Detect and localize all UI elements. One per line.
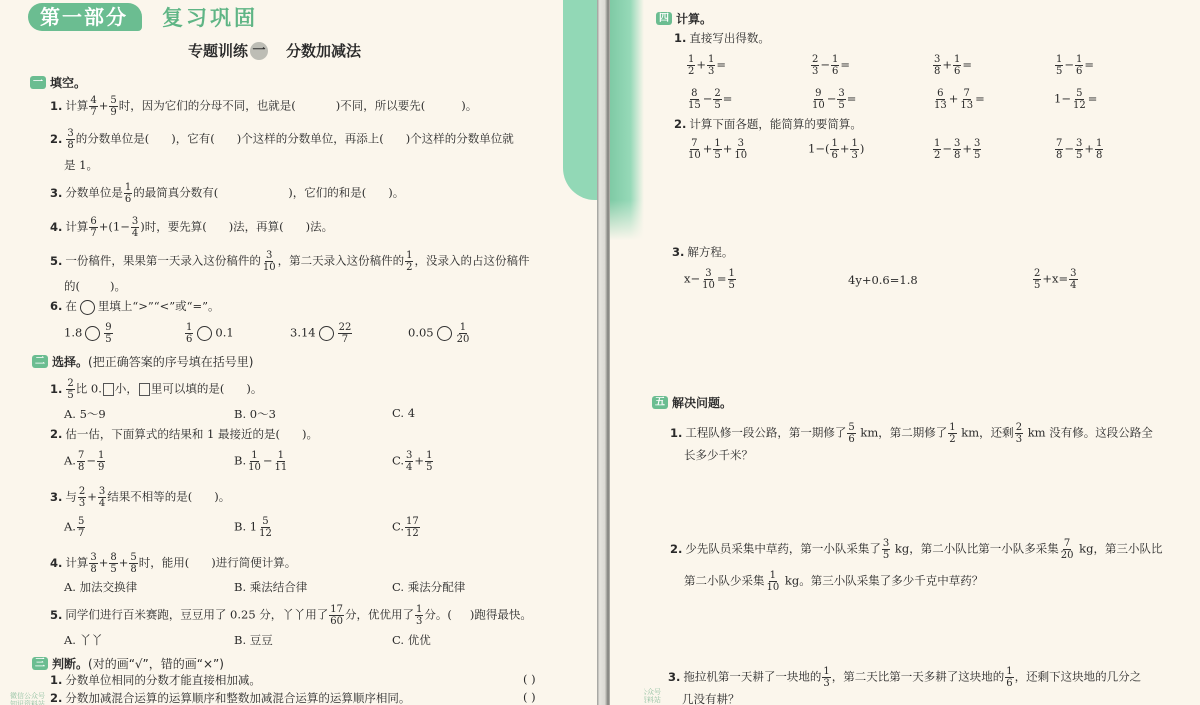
text: 估一估，下面算式的结果和 1 最接近的是( <box>65 427 280 441</box>
question-1-5-cont: 的()。 <box>64 278 126 294</box>
option-c[interactable]: C.1712 <box>392 516 421 539</box>
question-number: 3. <box>668 670 680 684</box>
text: 分数加减混合运算的运算顺序和整数加减混合运算的运算顺序相同。 <box>65 691 410 705</box>
denominator: 20 <box>456 334 471 345</box>
denominator: 6 <box>1005 678 1013 689</box>
operator: + <box>87 490 97 504</box>
denominator: 8 <box>933 66 941 77</box>
section-fill-blank: 一 填空。 <box>30 74 86 91</box>
denominator: 8 <box>953 150 961 161</box>
question-number: 1. <box>50 673 62 687</box>
denominator: 5 <box>713 150 721 161</box>
text: ，没录入的占这份稿件 <box>414 254 529 268</box>
numerator: 1 <box>850 138 858 150</box>
denominator: 10 <box>811 100 826 111</box>
text: +(1− <box>99 220 130 234</box>
fraction: 12 <box>687 54 695 77</box>
numerator: 1 <box>831 54 839 66</box>
question-number: 3. <box>672 245 684 259</box>
text: )。 <box>110 279 126 293</box>
fraction: 47 <box>89 95 97 118</box>
fraction: 110 <box>247 450 262 473</box>
fraction: 67 <box>89 216 97 239</box>
fraction: 95 <box>104 322 112 345</box>
numerator: 3 <box>131 216 139 228</box>
numerator: 1 <box>769 570 777 582</box>
fraction: 12 <box>405 250 413 273</box>
fraction: 23 <box>811 54 819 77</box>
question-1-5: 5.一份稿件，果果第一天录入这份稿件的310，第二天录入这份稿件的12，没录入的… <box>50 250 529 273</box>
numerator: 1 <box>459 322 467 334</box>
fraction: 35 <box>1075 138 1083 161</box>
operator: − <box>827 92 837 106</box>
left-page: 第一部分 复习巩固 专题训练 一 分数加减法 一 填空。 1.计算47+59时，… <box>0 0 597 705</box>
text: km，第二期修了 <box>857 426 948 440</box>
fraction: 78 <box>1055 138 1063 161</box>
option-label: B. <box>234 454 246 468</box>
denominator: 8 <box>77 462 85 473</box>
denominator: 20 <box>1060 550 1075 561</box>
fraction: 34 <box>405 450 413 473</box>
denominator: 2 <box>933 150 941 161</box>
numerator: 8 <box>109 552 117 564</box>
question-4-1: 1.直接写出得数。 <box>674 30 770 46</box>
text: kg。第三小队采集了多少千克中草药？ <box>781 574 983 588</box>
option-b[interactable]: B. 乘法结合律 <box>234 579 307 595</box>
denominator: 5 <box>713 100 721 111</box>
denominator: 3 <box>415 616 423 627</box>
fraction: 15 <box>728 268 736 291</box>
numerator: 5 <box>129 552 137 564</box>
section-badge: 三 <box>32 657 48 670</box>
equals: = <box>847 92 857 106</box>
text: ，还剩下这块地的几分之 <box>1015 670 1142 684</box>
fraction: 13 <box>822 666 830 689</box>
text: 分，优优用了 <box>345 608 414 622</box>
numerator: 3 <box>66 128 74 140</box>
fraction: 15 <box>713 138 721 161</box>
question-number: 6. <box>50 299 62 313</box>
fraction: 15 <box>1055 54 1063 77</box>
operator: + <box>414 454 424 468</box>
text: )。 <box>214 490 230 504</box>
denominator: 5 <box>837 100 845 111</box>
problem-2: 2.少先队员采集中草药，第一小队采集了35 kg，第二小队比第一小队多采集720… <box>670 538 1162 561</box>
fraction: 38 <box>66 128 74 151</box>
numerator: 2 <box>66 378 74 390</box>
fraction: 16 <box>830 138 838 161</box>
equals: = <box>1084 58 1094 72</box>
numerator: 6 <box>936 88 944 100</box>
section-note: (把正确答案的序号填在括号里) <box>88 353 253 370</box>
compare-circle[interactable] <box>197 326 212 341</box>
denominator: 4 <box>405 462 413 473</box>
value: 1.8 <box>64 326 82 340</box>
equation-2: 4y+0.6=1.8 <box>848 273 918 287</box>
question-number: 4. <box>50 220 62 234</box>
option-label: B. 1 <box>234 520 257 534</box>
topic-number: 一 <box>250 42 268 60</box>
numerator: 1 <box>1055 54 1063 66</box>
question-1-1: 1.计算47+59时，因为它们的分母不同，也就是()不同，所以要先()。 <box>50 95 477 118</box>
text: 的分数单位是( <box>76 132 150 146</box>
question-2-1: 1.25比 0.小，里可以填的是()。 <box>50 378 262 401</box>
fraction: 910 <box>811 88 826 111</box>
text: 分。( <box>424 608 452 622</box>
denominator: 5 <box>425 462 433 473</box>
section-problems: 五 解决问题。 <box>652 394 732 411</box>
question-number: 1. <box>50 382 62 396</box>
calc-item: 910−35= <box>810 88 856 111</box>
fraction: 13 <box>707 54 715 77</box>
denominator: 10 <box>262 262 277 273</box>
numerator: 7 <box>77 450 85 462</box>
fraction: 713 <box>959 88 974 111</box>
part-label: 第一部分 <box>28 3 142 31</box>
text: 时，因为它们的分母不同，也就是( <box>119 99 296 113</box>
fraction: 78 <box>77 450 85 473</box>
section-title: 计算。 <box>676 10 712 27</box>
fraction: 38 <box>953 138 961 161</box>
judge-answer-1[interactable]: ( ) <box>523 672 536 686</box>
section-badge: 二 <box>32 355 48 368</box>
numerator: 5 <box>109 95 117 107</box>
calc-item: 12+13= <box>686 54 726 77</box>
text: 少先队员采集中草药，第一小队采集了 <box>685 542 881 556</box>
denominator: 7 <box>89 107 97 118</box>
denominator: 10 <box>766 582 781 593</box>
green-strip-decoration <box>610 0 644 705</box>
numerator: 7 <box>1055 138 1063 150</box>
operator: − <box>1064 58 1074 72</box>
fraction: 38 <box>89 552 97 575</box>
fraction: 35 <box>882 538 890 561</box>
denominator: 6 <box>847 434 855 445</box>
judge-item-1: 1.分数单位相同的分数才能直接相加减。 <box>50 672 261 688</box>
denominator: 3 <box>1015 434 1023 445</box>
numerator: 1 <box>948 422 956 434</box>
compare-circle[interactable] <box>319 326 334 341</box>
denominator: 4 <box>131 228 139 239</box>
denominator: 3 <box>811 66 819 77</box>
value: 0.05 <box>408 326 434 340</box>
denominator: 2 <box>405 262 413 273</box>
option-c[interactable]: C. 4 <box>392 406 415 420</box>
denominator: 6 <box>1075 66 1083 77</box>
problem-1: 1.工程队修一段公路，第一期修了56 km，第二期修了12 km，还剩23 km… <box>670 422 1153 445</box>
operator: − <box>942 142 952 156</box>
equals: = <box>840 58 850 72</box>
equals: = <box>962 58 972 72</box>
book-gutter <box>597 0 610 705</box>
option-c[interactable]: C. 乘法分配律 <box>392 579 465 595</box>
section-title: 判断。 <box>52 655 88 672</box>
denominator: 8 <box>129 564 137 575</box>
question-number: 2. <box>674 117 686 131</box>
right-page: 四 计算。 1.直接写出得数。 12+13= 23−16= 38+16= 15−… <box>610 0 1200 705</box>
numerator: 1 <box>415 604 423 616</box>
prefix: x− <box>684 272 700 286</box>
denominator: 12 <box>1072 100 1087 111</box>
denominator: 10 <box>247 462 262 473</box>
denominator: 3 <box>707 66 715 77</box>
numerator: 22 <box>338 322 353 334</box>
section-badge: 五 <box>652 396 668 409</box>
option-a[interactable]: A. 丫丫 <box>64 632 103 648</box>
text: 在 <box>65 299 77 313</box>
question-number: 1. <box>50 99 62 113</box>
square-blank-icon <box>103 383 114 396</box>
section-title: 解决问题。 <box>672 394 732 411</box>
option-a[interactable]: A. 加法交换律 <box>64 579 137 595</box>
fraction: 16 <box>831 54 839 77</box>
text: 一份稿件，果果第一天录入这份稿件的 <box>65 254 261 268</box>
fraction: 110 <box>766 570 781 593</box>
fraction: 57 <box>77 516 85 539</box>
numerator: 8 <box>690 88 698 100</box>
numerator: 1 <box>687 54 695 66</box>
denominator: 5 <box>1075 150 1083 161</box>
section-title: 填空。 <box>50 74 86 91</box>
text: 计算 <box>65 220 88 234</box>
operator: − <box>820 58 830 72</box>
question-1-3: 3.分数单位是16的最简真分数有()，它们的和是()。 <box>50 182 404 205</box>
question-number: 3. <box>50 490 62 504</box>
text: ，第二天录入这份稿件的 <box>278 254 405 268</box>
fraction: 13 <box>415 604 423 627</box>
watermark-line: 知识资料站 <box>10 700 45 705</box>
numerator: 5 <box>847 422 855 434</box>
text: 时，能用( <box>139 556 190 570</box>
text: )，它们的和是( <box>288 186 366 200</box>
fraction: 35 <box>837 88 845 111</box>
denominator: 10 <box>687 150 702 161</box>
operator: +x= <box>1042 272 1068 286</box>
compare-circle[interactable] <box>437 326 452 341</box>
calc-item: 23−16= <box>810 54 850 77</box>
numerator: 6 <box>89 216 97 228</box>
fraction: 23 <box>1015 422 1023 445</box>
numerator: 7 <box>1063 538 1071 550</box>
fraction: 310 <box>701 268 716 291</box>
option-b[interactable]: B.110−111 <box>234 450 289 473</box>
denominator: 6 <box>124 194 132 205</box>
text: )。 <box>246 382 262 396</box>
simplify-item: 12−38+35 <box>932 138 982 161</box>
denominator: 11 <box>273 462 288 473</box>
fraction: 56 <box>847 422 855 445</box>
text: 工程队修一段公路，第一期修了 <box>685 426 846 440</box>
numerator: 1 <box>425 450 433 462</box>
numerator: 5 <box>261 516 269 528</box>
text: 解方程。 <box>687 245 733 259</box>
numerator: 17 <box>405 516 420 528</box>
denominator: 3 <box>822 678 830 689</box>
compare-item-3: 3.14227 <box>290 322 353 345</box>
numerator: 1 <box>1075 54 1083 66</box>
fraction: 34 <box>1069 268 1077 291</box>
question-number: 5. <box>50 608 62 622</box>
denominator: 15 <box>687 100 702 111</box>
text: km，还剩 <box>958 426 1014 440</box>
numerator: 17 <box>329 604 344 616</box>
fraction: 815 <box>687 88 702 111</box>
numerator: 2 <box>1033 268 1041 280</box>
compare-circle[interactable] <box>85 326 100 341</box>
numerator: 1 <box>822 666 830 678</box>
text: 第二小队少采集 <box>684 574 765 588</box>
text: 分数单位相同的分数才能直接相加减。 <box>65 673 261 687</box>
fraction: 35 <box>973 138 981 161</box>
fraction: 310 <box>733 138 748 161</box>
numerator: 1 <box>707 54 715 66</box>
option-a[interactable]: A.78−19 <box>64 450 106 473</box>
denominator: 6 <box>185 334 193 345</box>
section-judge: 三 判断。 (对的画“√”，错的画“×”) <box>32 655 224 672</box>
fraction: 16 <box>1075 54 1083 77</box>
compare-item-4: 0.05120 <box>408 322 471 345</box>
question-4-3: 3.解方程。 <box>672 244 733 260</box>
option-label: C. <box>392 520 404 534</box>
fraction: 15 <box>425 450 433 473</box>
calc-item: 815−25= <box>686 88 732 111</box>
text: )。 <box>302 427 318 441</box>
text: )法。 <box>306 220 334 234</box>
option-a[interactable]: A. 5～9 <box>64 406 106 422</box>
denominator: 10 <box>701 280 716 291</box>
compare-item-2: 160.1 <box>184 322 234 345</box>
part-title: 复习巩固 <box>162 2 258 32</box>
question-4-2: 2.计算下面各题，能简算的要简算。 <box>674 116 862 132</box>
question-number: 5. <box>50 254 62 268</box>
text: km 没有修。这段公路全 <box>1024 426 1153 440</box>
question-number: 1. <box>670 426 682 440</box>
denominator: 12 <box>258 528 273 539</box>
section-note: (对的画“√”，错的画“×”) <box>88 655 224 672</box>
operator: + <box>1084 142 1094 156</box>
text: 的( <box>64 279 80 293</box>
denominator: 9 <box>97 462 105 473</box>
numerator: 3 <box>98 486 106 498</box>
numerator: 1 <box>405 250 413 262</box>
denominator: 10 <box>733 150 748 161</box>
numerator: 3 <box>704 268 712 280</box>
fraction: 12 <box>948 422 956 445</box>
text: )不同，所以要先( <box>336 99 425 113</box>
section-calculate: 四 计算。 <box>656 10 712 27</box>
fraction: 25 <box>713 88 721 111</box>
denominator: 7 <box>89 228 97 239</box>
denominator: 8 <box>1095 150 1103 161</box>
denominator: 2 <box>948 434 956 445</box>
equals: = <box>975 92 985 106</box>
operator: + <box>723 142 733 156</box>
text: 比 0. <box>76 382 102 396</box>
calc-item: 15−16= <box>1054 54 1094 77</box>
numerator: 1 <box>830 138 838 150</box>
numerator: 1 <box>97 450 105 462</box>
text: 同学们进行百米赛跑，豆豆用了 0.25 分，丫丫用了 <box>65 608 328 622</box>
fraction: 25 <box>66 378 74 401</box>
numerator: 3 <box>405 450 413 462</box>
numerator: 1 <box>713 138 721 150</box>
denominator: 5 <box>1055 66 1063 77</box>
denominator: 8 <box>89 564 97 575</box>
question-number: 2. <box>670 542 682 556</box>
equals: = <box>723 92 733 106</box>
numerator: 3 <box>1069 268 1077 280</box>
problem-1-cont: 长多少千米？ <box>684 447 753 463</box>
denominator: 7 <box>77 528 85 539</box>
numerator: 3 <box>933 54 941 66</box>
judge-answer-2[interactable]: ( ) <box>523 690 536 704</box>
numerator: 1 <box>277 450 285 462</box>
fraction: 120 <box>456 322 471 345</box>
denominator: 5 <box>973 150 981 161</box>
question-number: 2. <box>50 427 62 441</box>
option-c[interactable]: C. 优优 <box>392 632 431 648</box>
fraction: 613 <box>933 88 948 111</box>
fraction: 58 <box>129 552 137 575</box>
denominator: 4 <box>98 498 106 509</box>
fraction: 512 <box>258 516 273 539</box>
text: )。 <box>388 186 404 200</box>
question-2-5: 5.同学们进行百米赛跑，豆豆用了 0.25 分，丫丫用了1760分，优优用了13… <box>50 604 532 627</box>
numerator: 1 <box>1005 666 1013 678</box>
option-b[interactable]: B. 0～3 <box>234 406 276 422</box>
topic-title: 分数加减法 <box>286 40 361 61</box>
text: )进行简便计算。 <box>211 556 296 570</box>
option-b[interactable]: B. 豆豆 <box>234 632 273 648</box>
question-1-6: 6.在里填上“>”“<”或“=”。 <box>50 298 220 315</box>
part-banner: 第一部分 复习巩固 <box>28 2 258 32</box>
numerator: 5 <box>77 516 85 528</box>
question-number: 2. <box>50 132 62 146</box>
equals: = <box>1088 92 1098 106</box>
operator: + <box>942 58 952 72</box>
option-a[interactable]: A.57 <box>64 516 86 539</box>
option-b[interactable]: B. 1512 <box>234 516 274 539</box>
option-c[interactable]: C.34+15 <box>392 450 434 473</box>
denominator: 6 <box>953 66 961 77</box>
fraction: 111 <box>273 450 288 473</box>
text: )个这样的分数单位就 <box>406 132 514 146</box>
judge-item-2: 2.分数加减混合运算的运算顺序和整数加减混合运算的运算顺序相同。 <box>50 690 410 705</box>
text: 直接写出得数。 <box>689 31 770 45</box>
denominator: 13 <box>959 100 974 111</box>
operator: + <box>840 142 850 156</box>
square-blank-icon <box>139 383 150 396</box>
text: 里可以填的是( <box>151 382 225 396</box>
simplify-item: 710+15+310 <box>686 138 749 161</box>
numerator: 1 <box>185 322 193 334</box>
denominator: 7 <box>341 334 349 345</box>
denominator: 8 <box>66 140 74 151</box>
fraction: 38 <box>933 54 941 77</box>
operator: − <box>86 454 96 468</box>
denominator: 6 <box>830 150 838 161</box>
fraction: 16 <box>185 322 193 345</box>
compare-item-1: 1.895 <box>64 322 114 345</box>
text: )，它有( <box>171 132 214 146</box>
text: 里填上“>”“<”或“=”。 <box>98 299 220 313</box>
numerator: 9 <box>814 88 822 100</box>
numerator: 2 <box>811 54 819 66</box>
denominator: 5 <box>728 280 736 291</box>
section-title: 选择。 <box>52 353 88 370</box>
fraction: 512 <box>1072 88 1087 111</box>
numerator: 7 <box>963 88 971 100</box>
